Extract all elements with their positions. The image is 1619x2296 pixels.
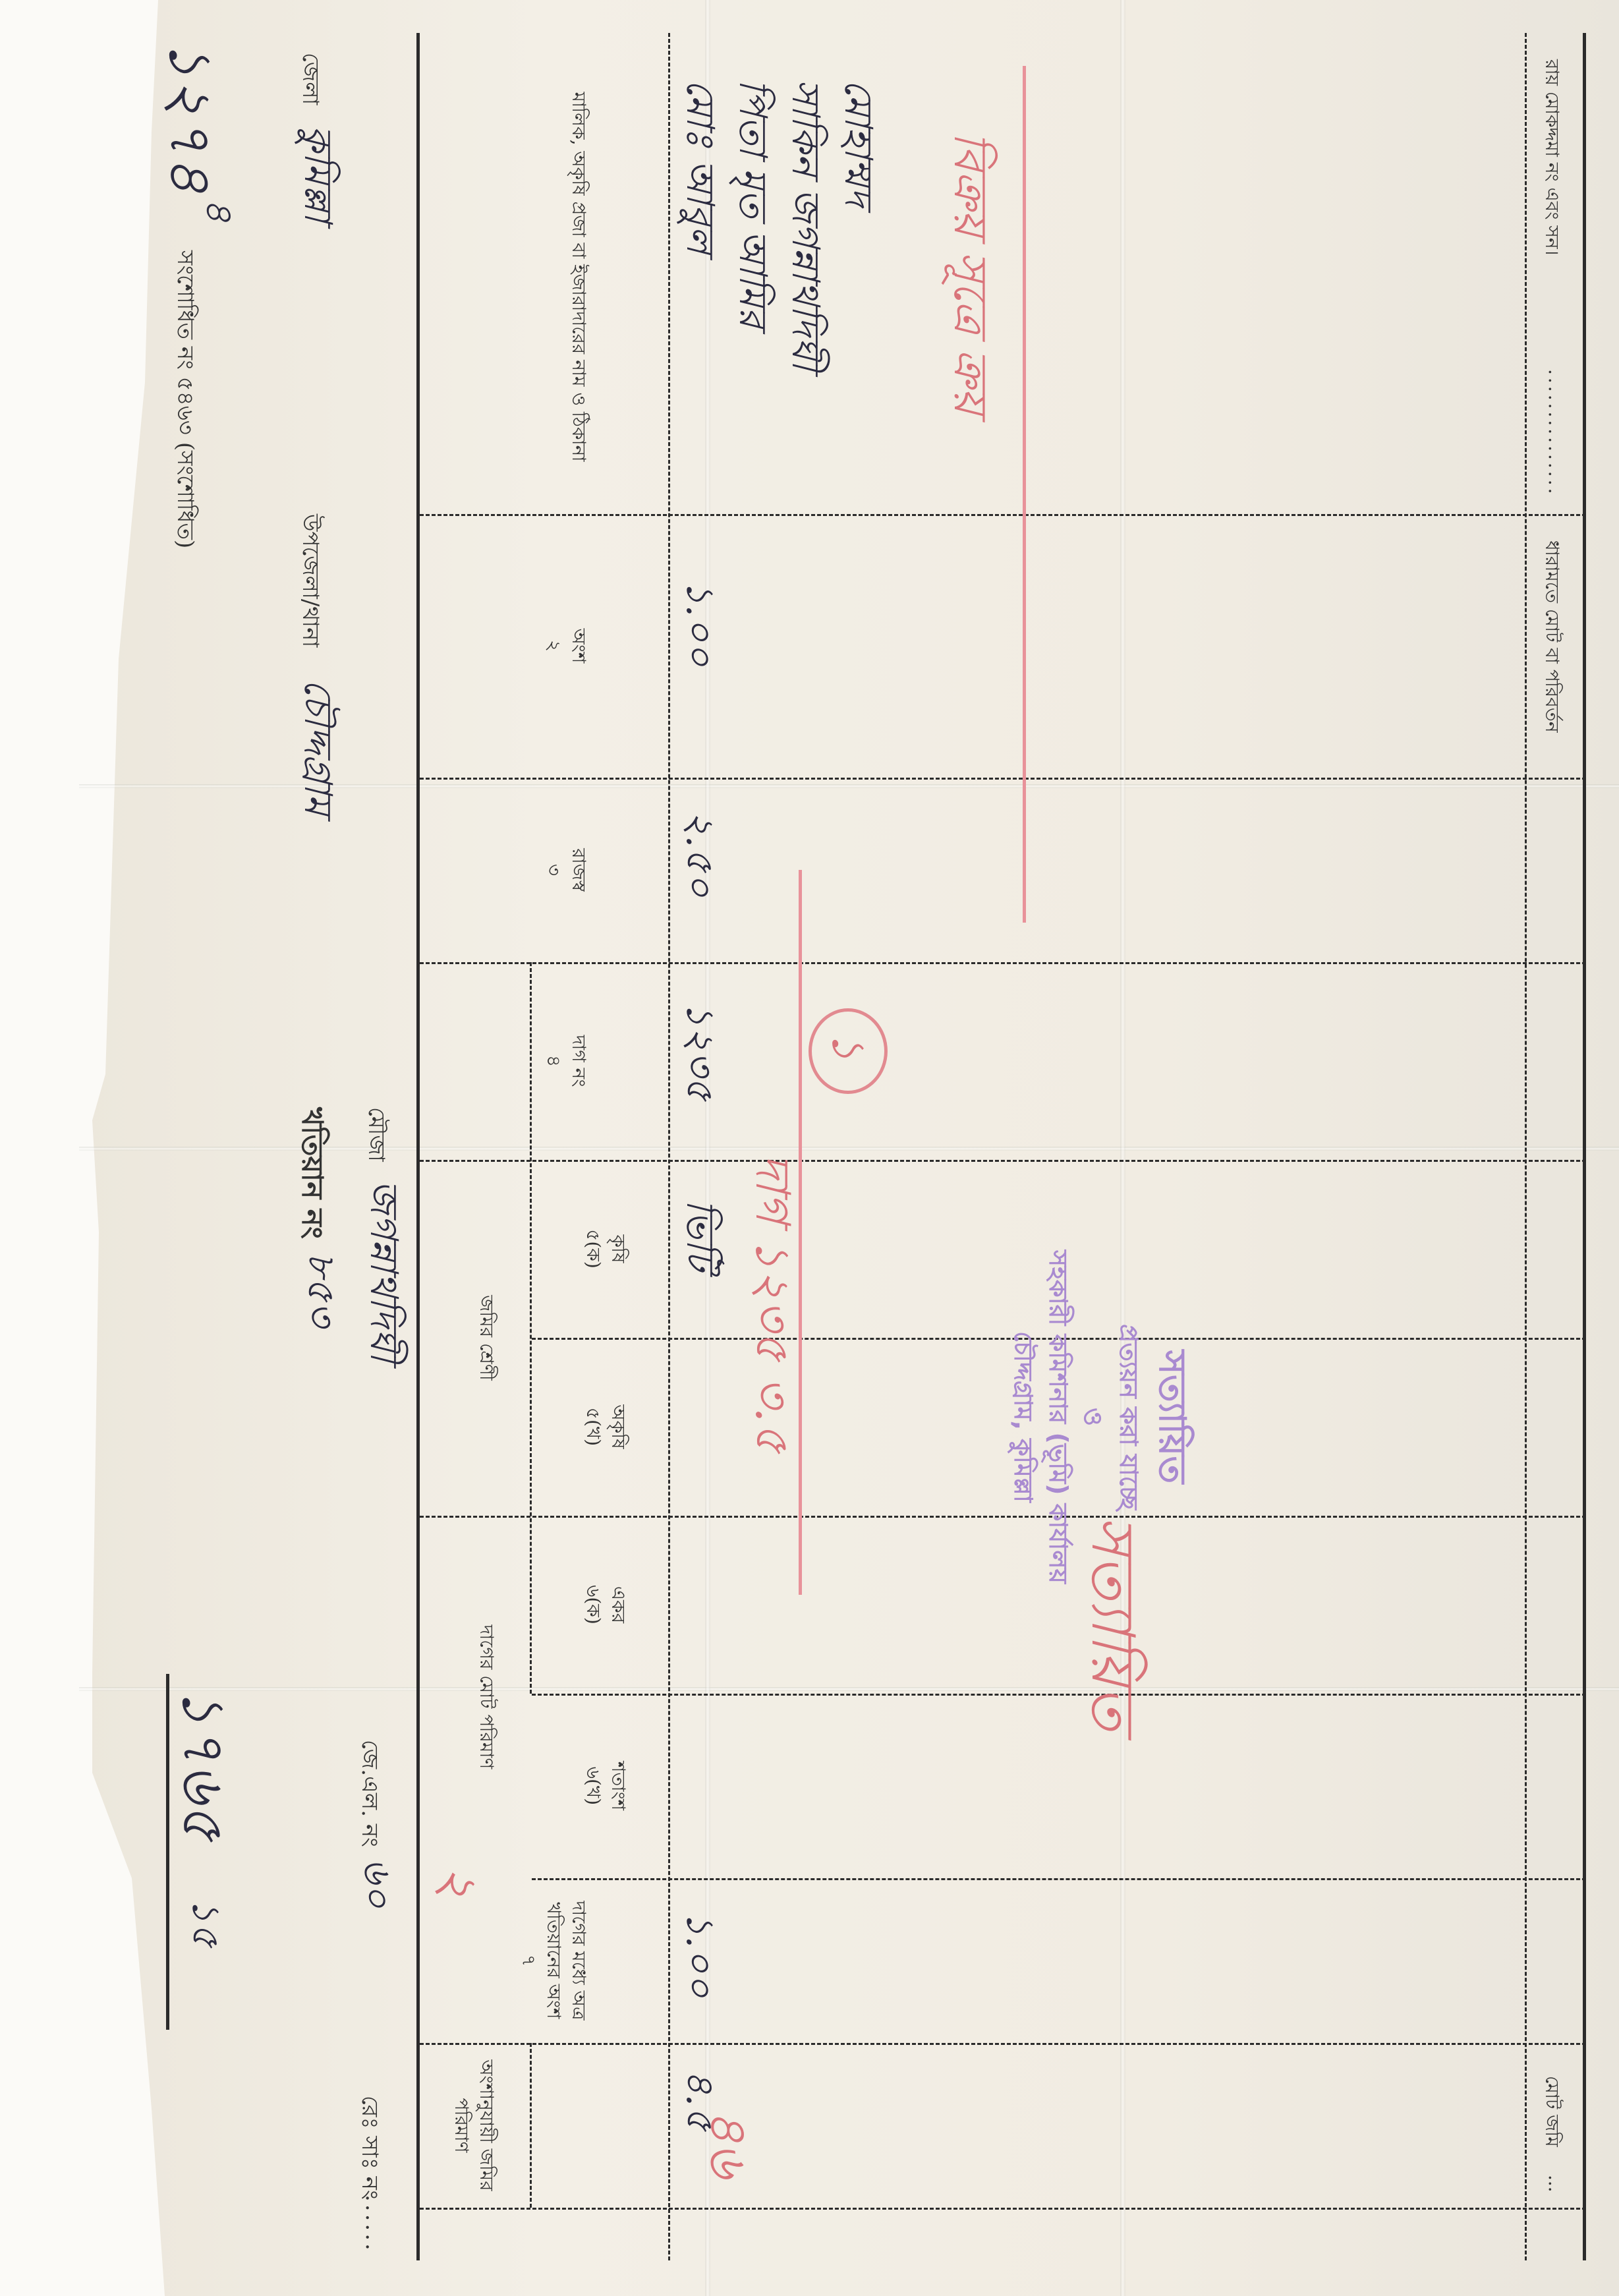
col-header-agri: কৃষি ৫(ক)	[581, 1173, 631, 1325]
khatian-value: ৮৫৩	[287, 1252, 351, 1327]
footer-dots: ...............	[1545, 369, 1566, 497]
col-header-total-area: দাগের মোট পরিমাণ	[474, 1516, 499, 1878]
khatian-label: খতিয়ান নং	[286, 1107, 334, 1239]
footer-total-dots: ...	[1545, 2175, 1566, 2193]
owner-line-4: মোহাম্মদ	[824, 79, 888, 206]
footer-total-label: মোট জমি	[1535, 2076, 1566, 2147]
footer-case-label: রায় মোকদ্দমা নং এবং সন।	[1535, 59, 1566, 256]
top-handwritten-number: ১৭৬৫	[150, 1687, 248, 1841]
col-sep	[420, 2208, 1586, 2210]
corner-handwritten-2: ৪	[185, 198, 248, 223]
cell-dag: ১২৩৫	[666, 1002, 729, 1101]
upazila-value: চৌদ্দগ্রাম	[283, 679, 347, 815]
top-handwritten-suffix: ১৫	[171, 1898, 235, 1947]
cell-revenue: ২.৫০	[666, 811, 729, 898]
col-header-khatian-share: দাগের মধ্যে অত্র খতিয়ানের অংশ ৭	[517, 1885, 591, 2036]
red-circled-number: ১	[807, 1031, 884, 1061]
cell-share: ১.০০	[666, 580, 729, 667]
col-sep	[420, 2043, 1586, 2045]
red-signature: সত্যায়িত	[1059, 1516, 1158, 1730]
form-ref: সংশোধিত নং ৫৪৬৩ (সংশোধিত)	[165, 250, 202, 548]
col-header-owner: মালিক, অকৃষি প্রজা বা ইজারাদারের নাম ও ঠ…	[566, 53, 591, 501]
col-header-share-area: অংশানুযায়ী জমির পরিমাণ	[449, 2050, 499, 2201]
col-header-nonagri: অকৃষি ৫(খ)	[581, 1351, 631, 1503]
red-vertical-note: দাগ ১২৩৫ ৩.৫	[729, 1153, 809, 1453]
col-header-dag: দাগ নং ৪	[541, 975, 591, 1147]
rs-value-placeholder: ......	[360, 2195, 387, 2253]
col-header-revenue: রাজস্ব ৩	[541, 791, 591, 949]
red-strike-line	[1023, 66, 1026, 923]
col-sep	[532, 1878, 1586, 1880]
cell-class-agri: ভিটি	[666, 1199, 729, 1271]
district-label: জেলা	[290, 53, 327, 105]
upazila-label: উপজেলা/থানা	[290, 514, 327, 647]
table-bottom-border	[1583, 33, 1586, 2260]
khatian-form: ১৭৬৫ ১৫ ১২৭৪ ৪ সংশোধিত নং ৫৪৬৩ (সংশোধিত)…	[0, 0, 1619, 2296]
footer-change-label: ধারামতে মোট বা পরিবর্তন	[1535, 540, 1566, 733]
subheader-sep	[530, 962, 532, 1694]
subheader-sep	[530, 2043, 532, 2208]
col-sep	[420, 1160, 1586, 1162]
cell-khatian-share: ১.০০	[666, 1911, 729, 1998]
col-sep	[420, 1516, 1586, 1518]
col-header-land-class: জমির শ্রেণী	[474, 1160, 499, 1516]
col-header-share: অংশ ২	[541, 527, 591, 764]
mouza-label: মৌজা	[356, 1107, 393, 1162]
col-header-total-acres: একর ৬(ক)	[581, 1529, 631, 1680]
jl-value: ৬০	[343, 1858, 407, 1908]
red-bottom-note: বিক্রয় সূত্রে ক্রয়	[929, 132, 1006, 415]
corner-handwritten: ১২৭৪	[136, 40, 235, 194]
col-sep	[420, 778, 1586, 780]
mouza-value: জগন্নাথদিঘী	[349, 1180, 413, 1362]
rs-label: রেঃ সাঃ নং	[349, 2096, 387, 2200]
district-value: কুমিল্লা	[283, 125, 347, 222]
col-header-total-decimal: শতাংশ ৬(খ)	[581, 1707, 631, 1865]
jl-label: জে.এল. নং	[349, 1740, 387, 1847]
table-top-border	[416, 33, 420, 2260]
col-sep	[420, 514, 1586, 516]
col-sep	[420, 962, 1586, 964]
underline	[166, 1674, 169, 2030]
footer-sep	[1525, 33, 1527, 2260]
red-share-value: ৪৬	[681, 2109, 769, 2177]
red-underline	[799, 870, 802, 1595]
